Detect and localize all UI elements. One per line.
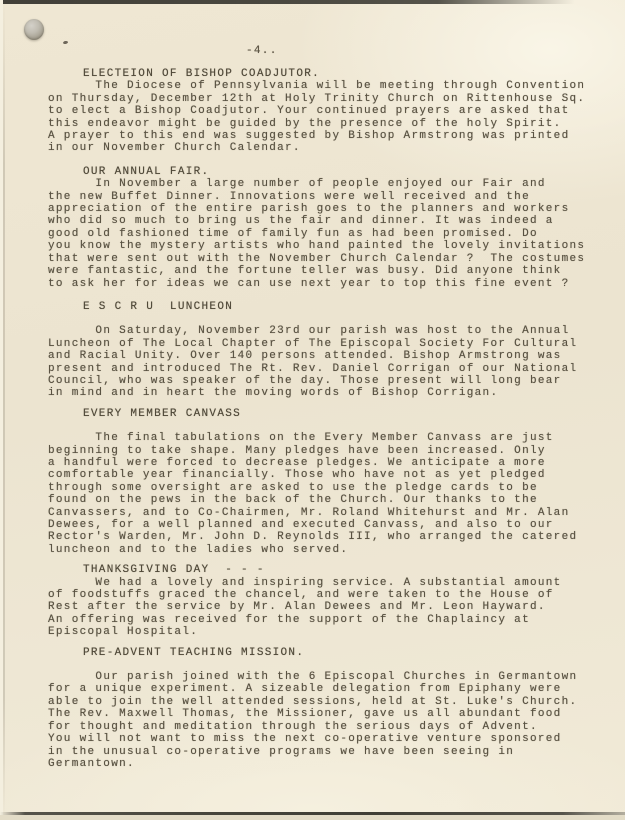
- ink-speck: [63, 41, 69, 45]
- page-number: -4..: [246, 45, 278, 57]
- section-body: On Saturday, November 23rd our parish wa…: [48, 325, 599, 399]
- hole-punch: [24, 19, 44, 40]
- section-body: Our parish joined with the 6 Episcopal C…: [48, 671, 599, 770]
- section-pre-advent-teaching-mission: PRE-ADVENT TEACHING MISSION. Our parish …: [48, 647, 599, 771]
- section-heading: ELECTEION OF BISHOP COADJUTOR.: [48, 68, 599, 80]
- scan-edge-top: [0, 0, 625, 4]
- section-body: The Diocese of Pennsylvania will be meet…: [48, 80, 599, 154]
- section-heading: E S C R U LUNCHEON: [48, 301, 599, 313]
- section-body: In November a large number of people enj…: [48, 178, 599, 290]
- section-heading: EVERY MEMBER CANVASS: [48, 408, 599, 420]
- section-every-member-canvass: EVERY MEMBER CANVASS The final tabulatio…: [48, 408, 599, 556]
- section-heading: THANKSGIVING DAY - - -: [48, 564, 599, 576]
- section-thanksgiving-day: THANKSGIVING DAY - - - We had a lovely a…: [48, 564, 599, 638]
- scan-edge-bottom: [0, 815, 625, 820]
- section-body: We had a lovely and inspiring service. A…: [48, 577, 599, 639]
- section-body: The final tabulations on the Every Membe…: [48, 432, 599, 556]
- section-our-annual-fair: OUR ANNUAL FAIR. In November a large num…: [48, 166, 599, 290]
- document-text-block: ELECTEION OF BISHOP COADJUTOR. The Dioce…: [0, 68, 625, 770]
- section-escru-luncheon: E S C R U LUNCHEON On Saturday, November…: [48, 301, 599, 400]
- section-heading: PRE-ADVENT TEACHING MISSION.: [48, 647, 599, 659]
- section-heading: OUR ANNUAL FAIR.: [48, 166, 599, 178]
- scanned-newsletter-page: -4.. ELECTEION OF BISHOP COADJUTOR. The …: [0, 0, 625, 820]
- section-election-of-bishop-coadjutor: ELECTEION OF BISHOP COADJUTOR. The Dioce…: [48, 68, 599, 155]
